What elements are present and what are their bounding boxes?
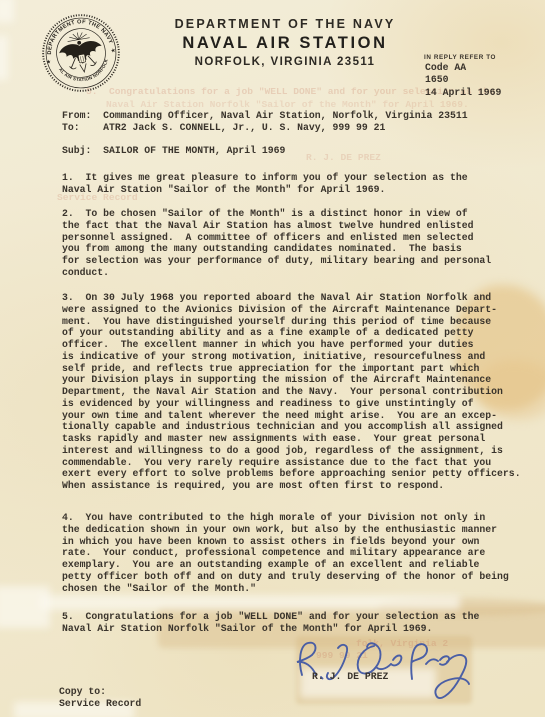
paragraph-1: 1. It gives me great pleasure to inform … (62, 172, 468, 196)
letter-page: 5. Congratulations for a job "WELL DONE"… (0, 0, 545, 717)
paragraph-4: 4. You have contributed to the high mora… (62, 512, 509, 594)
white-sliver-top-left (0, 0, 14, 22)
paragraph-2: 2. To be chosen "Sailor of the Month" is… (62, 208, 491, 279)
white-band-below-para4 (40, 595, 460, 610)
white-block-bottom-left (0, 586, 50, 628)
paragraph-3: 3. On 30 July 1968 you reported aboard t… (62, 292, 521, 492)
typed-signature-name: R. J. DE PREZ (312, 671, 388, 683)
subject-line: Subj: SAILOR OF THE MONTH, April 1969 (62, 145, 285, 157)
letterhead: DEPARTMENT OF THE NAVY NAVAL AIR STATION… (140, 17, 430, 68)
seal-star-left-icon: ★ (46, 58, 52, 66)
seal-rays (66, 31, 89, 42)
letterhead-station: NAVAL AIR STATION (140, 34, 430, 53)
navy-seal-icon: DEPARTMENT OF THE NAVY NAVAL AIR STATION… (41, 13, 121, 93)
white-sliver-left-edge (0, 36, 8, 80)
letterhead-department: DEPARTMENT OF THE NAVY (140, 17, 430, 31)
paragraph-5: 5. Congratulations for a job "WELL DONE"… (62, 611, 479, 635)
bleedthrough-signature-name: R. J. DE PREZ (306, 152, 381, 164)
in-reply-refer-label: IN REPLY REFER TO (424, 54, 496, 61)
refer-code-block: Code AA 1650 14 April 1969 (425, 62, 501, 99)
from-to-block: From: Commanding Officer, Naval Air Stat… (62, 110, 468, 134)
copy-to-block: Copy to: Service Record (59, 686, 141, 710)
letterhead-city: NORFOLK, VIRGINIA 23511 (140, 56, 430, 68)
